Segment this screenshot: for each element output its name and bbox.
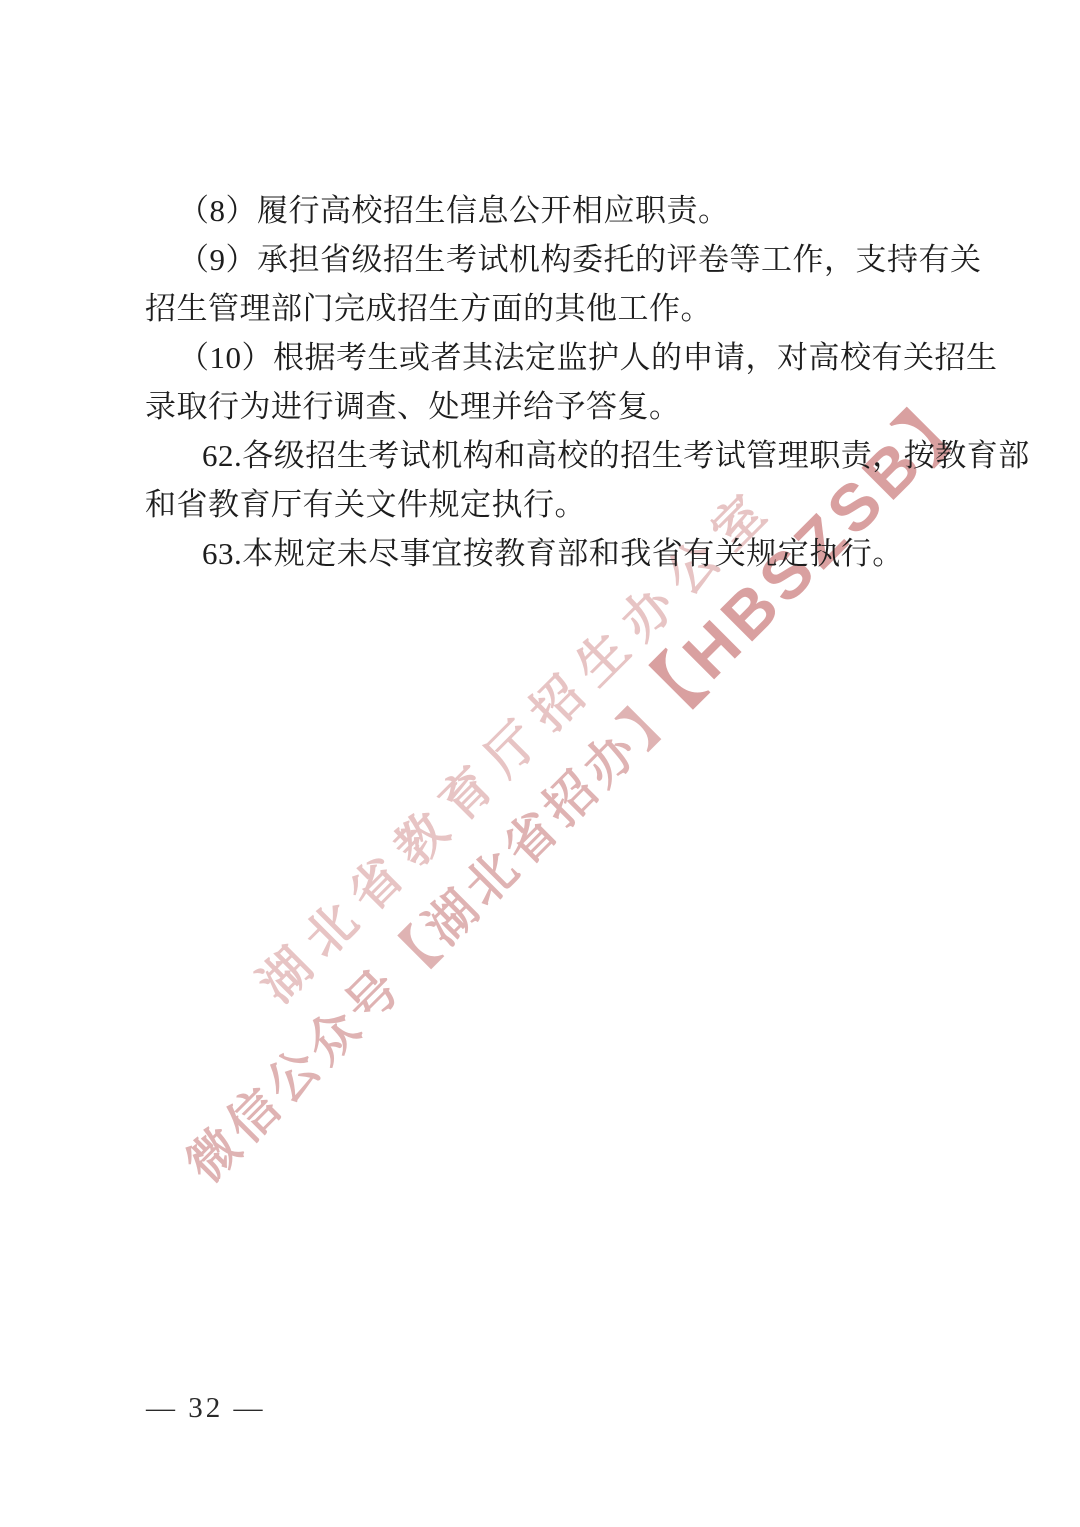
text-line-item-8: （8）履行高校招生信息公开相应职责。 bbox=[145, 186, 975, 235]
text-line-item-9: （9）承担省级招生考试机构委托的评卷等工作，支持有关 bbox=[145, 235, 975, 284]
page-number: — 32 — bbox=[146, 1392, 266, 1425]
text-line-item-10-wrap: 录取行为进行调查、处理并给予答复。 bbox=[145, 382, 975, 431]
document-page: 湖北省教育厅招生办公室 微信公众号【湖北省招办】【HBSZSB】 （8）履行高校… bbox=[0, 0, 1080, 1527]
body-text: （8）履行高校招生信息公开相应职责。 （9）承担省级招生考试机构委托的评卷等工作… bbox=[145, 186, 975, 578]
text-line-article-62: 62.各级招生考试机构和高校的招生考试管理职责，按教育部 bbox=[145, 431, 975, 480]
text-line-item-9-wrap: 招生管理部门完成招生方面的其他工作。 bbox=[145, 284, 975, 333]
watermark-line-outer-main: 微信公众号【湖北省招办】 bbox=[176, 678, 691, 1193]
text-line-article-62-wrap: 和省教育厅有关文件规定执行。 bbox=[145, 480, 975, 529]
text-line-item-10: （10）根据考生或者其法定监护人的申请，对高校有关招生 bbox=[145, 333, 975, 382]
text-line-article-63: 63.本规定未尽事宜按教育部和我省有关规定执行。 bbox=[145, 529, 975, 578]
